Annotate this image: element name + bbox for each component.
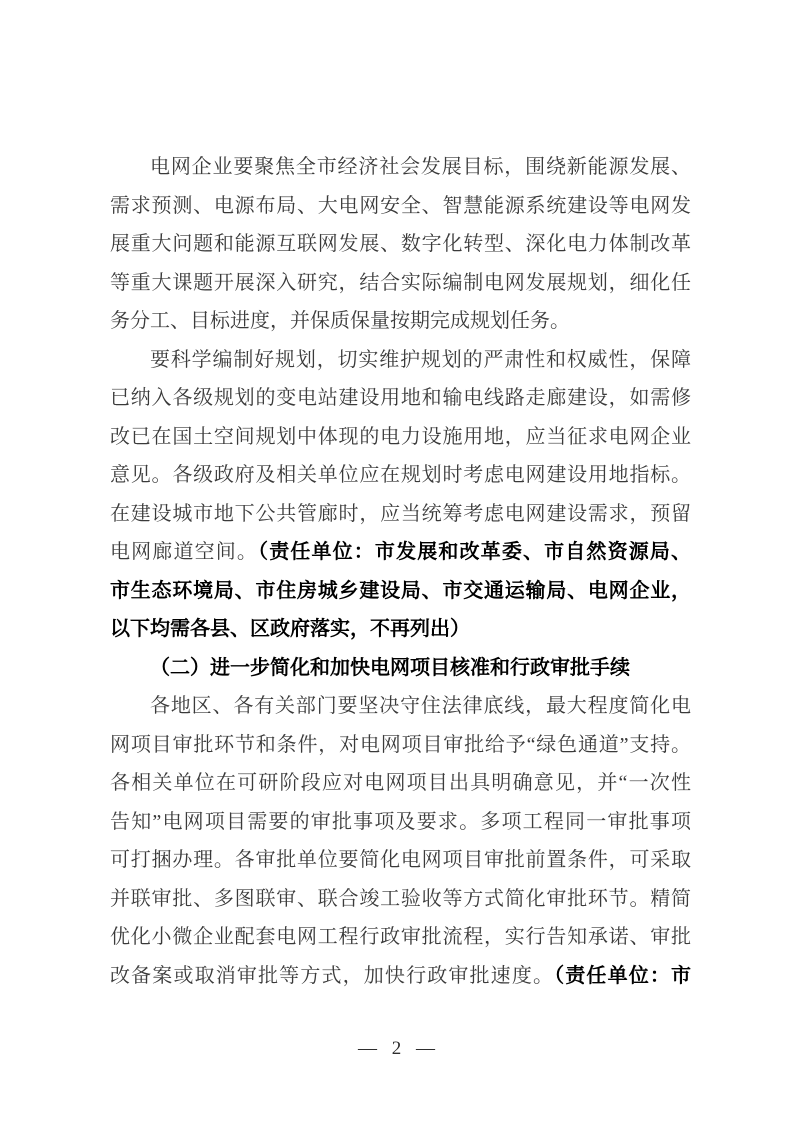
bold-text-segment: 市生态环境局、市住房城乡建设局、市交通运输局、电网企业，: [110, 580, 691, 602]
document-body: 电网企业要聚焦全市经济社会发展目标，围绕新能源发展、需求预测、电源布局、大电网安…: [110, 148, 691, 995]
text-line: 已纳入各级规划的变电站建设用地和输电线路走廊建设，如需修: [110, 379, 691, 418]
document-page: 电网企业要聚焦全市经济社会发展目标，围绕新能源发展、需求预测、电源布局、大电网安…: [0, 0, 793, 1122]
text-segment: 可打捆办理。各审批单位要简化电网项目审批前置条件，可采取: [110, 849, 691, 871]
bold-text-segment: 以下均需各县、区政府落实，不再列出）: [110, 618, 470, 640]
text-line: 需求预测、电源布局、大电网安全、智慧能源系统建设等电网发: [110, 187, 691, 226]
text-line: 展重大问题和能源互联网发展、数字化转型、深化电力体制改革: [110, 225, 691, 264]
text-line: 各地区、各有关部门要坚决守住法律底线，最大程度简化电: [110, 687, 691, 726]
text-segment: 各相关单位在可研阶段应对电网项目出具明确意见，并“一次性: [110, 772, 691, 794]
text-segment: 并联审批、多图联审、联合竣工验收等方式简化审批环节。精简: [110, 888, 691, 910]
text-segment: 电网企业要聚焦全市经济社会发展目标，围绕新能源发展、: [150, 156, 691, 178]
text-segment: 已纳入各级规划的变电站建设用地和输电线路走廊建设，如需修: [110, 387, 691, 409]
text-line: 优化小微企业配套电网工程行政审批流程，实行告知承诺、审批: [110, 918, 691, 957]
text-segment: 优化小微企业配套电网工程行政审批流程，实行告知承诺、审批: [110, 926, 691, 948]
text-line: 可打捆办理。各审批单位要简化电网项目审批前置条件，可采取: [110, 841, 691, 880]
text-line: 要科学编制好规划，切实维护规划的严肃性和权威性，保障: [110, 341, 691, 380]
text-line: 告知”电网项目需要的审批事项及要求。多项工程同一审批事项: [110, 803, 691, 842]
text-line: 网项目审批环节和条件，对电网项目审批给予“绿色通道”支持。: [110, 726, 691, 765]
text-segment: 展重大问题和能源互联网发展、数字化转型、深化电力体制改革: [110, 233, 691, 255]
text-segment: 在建设城市地下公共管廊时，应当统筹考虑电网建设需求，预留: [110, 503, 691, 525]
text-segment: 告知”电网项目需要的审批事项及要求。多项工程同一审批事项: [110, 811, 691, 833]
text-segment: 电网廊道空间。: [110, 541, 258, 563]
text-line: 意见。各级政府及相关单位应在规划时考虑电网建设用地指标。: [110, 456, 691, 495]
text-segment: 等重大课题开展深入研究，结合实际编制电网发展规划，细化任: [110, 272, 691, 294]
text-line: 务分工、目标进度，并保质保量按期完成规划任务。: [110, 302, 691, 341]
text-line: 市生态环境局、市住房城乡建设局、市交通运输局、电网企业，: [110, 572, 691, 611]
text-line: 以下均需各县、区政府落实，不再列出）: [110, 610, 691, 649]
text-line: 改备案或取消审批等方式，加快行政审批速度。（责任单位：市: [110, 957, 691, 996]
text-segment: 意见。各级政府及相关单位应在规划时考虑电网建设用地指标。: [110, 464, 691, 486]
text-line: 改已在国土空间规划中体现的电力设施用地，应当征求电网企业: [110, 418, 691, 457]
text-segment: 改已在国土空间规划中体现的电力设施用地，应当征求电网企业: [110, 426, 691, 448]
bold-text-segment: （二）进一步简化和加快电网项目核准和行政审批手续: [150, 657, 630, 679]
text-segment: 改备案或取消审批等方式，加快行政审批速度。: [110, 965, 554, 987]
text-line: （二）进一步简化和加快电网项目核准和行政审批手续: [110, 649, 691, 688]
text-line: 各相关单位在可研阶段应对电网项目出具明确意见，并“一次性: [110, 764, 691, 803]
text-line: 电网廊道空间。（责任单位：市发展和改革委、市自然资源局、: [110, 533, 691, 572]
text-line: 电网企业要聚焦全市经济社会发展目标，围绕新能源发展、: [110, 148, 691, 187]
bold-text-segment: （责任单位：市发展和改革委、市自然资源局、: [258, 541, 691, 563]
text-segment: 需求预测、电源布局、大电网安全、智慧能源系统建设等电网发: [110, 195, 691, 217]
text-line: 在建设城市地下公共管廊时，应当统筹考虑电网建设需求，预留: [110, 495, 691, 534]
page-number: — 2 —: [358, 1038, 435, 1059]
text-segment: 要科学编制好规划，切实维护规划的严肃性和权威性，保障: [150, 349, 691, 371]
text-segment: 网项目审批环节和条件，对电网项目审批给予“绿色通道”支持。: [110, 734, 691, 756]
text-segment: 务分工、目标进度，并保质保量按期完成规划任务。: [110, 310, 570, 332]
text-line: 并联审批、多图联审、联合竣工验收等方式简化审批环节。精简: [110, 880, 691, 919]
text-segment: 各地区、各有关部门要坚决守住法律底线，最大程度简化电: [150, 695, 691, 717]
page-footer: — 2 —: [0, 1034, 793, 1064]
text-line: 等重大课题开展深入研究，结合实际编制电网发展规划，细化任: [110, 264, 691, 303]
bold-text-segment: （责任单位：市: [554, 965, 691, 987]
